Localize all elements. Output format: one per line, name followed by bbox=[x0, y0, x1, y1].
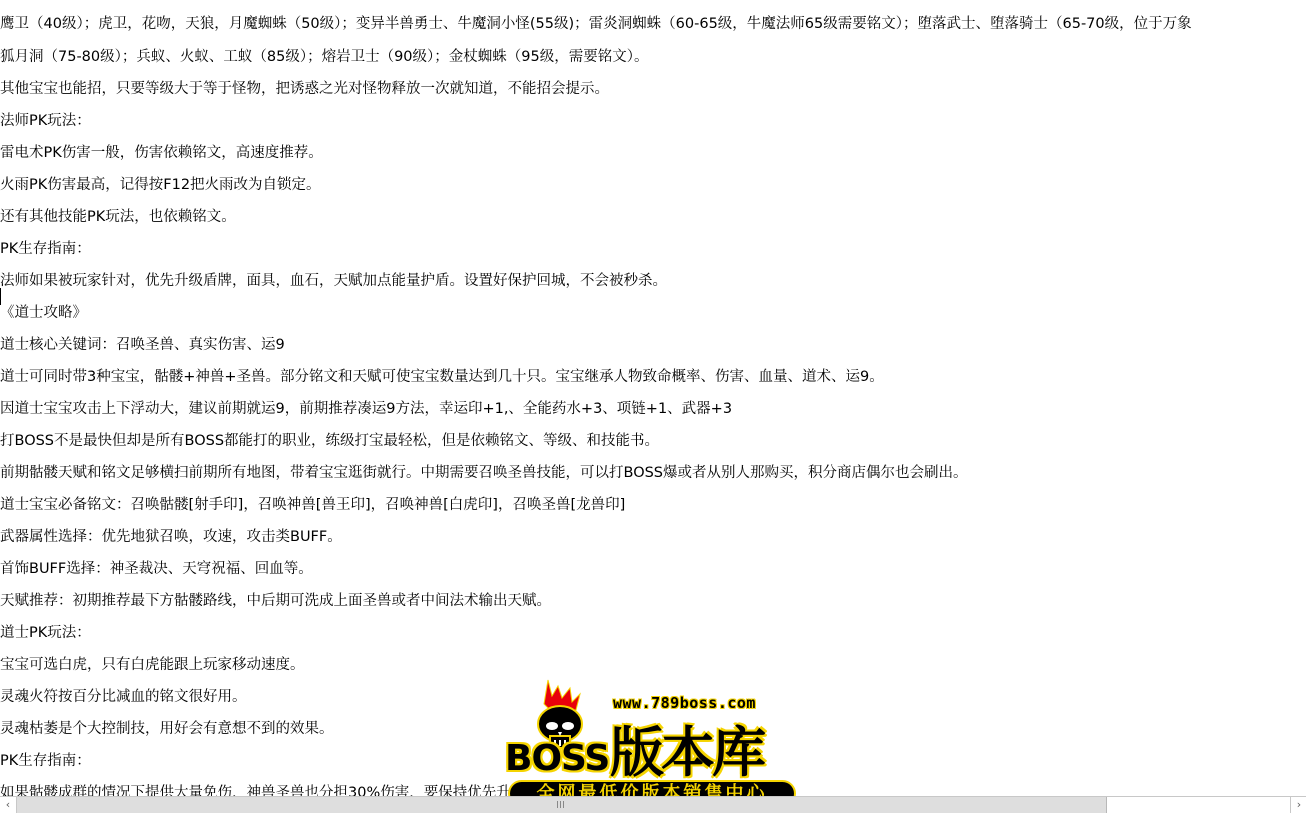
text-line: 天赋推荐：初期推荐最下方骷髅路线，中后期可洗成上面圣兽或者中间法术输出天赋。 bbox=[0, 591, 551, 611]
text-line: 打BOSS不是最快但却是所有BOSS都能打的职业，练级打宝最轻松，但是依赖铭文、… bbox=[0, 431, 659, 451]
horizontal-scrollbar[interactable]: ‹ › bbox=[0, 796, 1306, 813]
grip-icon bbox=[557, 801, 564, 808]
text-line: 首饰BUFF选择：神圣裁决、天穹祝福、回血等。 bbox=[0, 559, 313, 579]
watermark-logo: www.789boss.com BOSS 版本库 全网最低价版本销售中心 bbox=[500, 678, 810, 810]
document-body[interactable]: 鹰卫（40级）；虎卫，花吻，天狼，月魔蜘蛛（50级）；变异半兽勇士、牛魔洞小怪(… bbox=[0, 0, 1306, 796]
scroll-left-button[interactable]: ‹ bbox=[0, 797, 17, 813]
watermark-brand-cn: 版本库 bbox=[610, 710, 763, 787]
text-line: 法师如果被玩家针对，优先升级盾牌，面具，血石，天赋加点能量护盾。设置好保护回城，… bbox=[0, 271, 667, 291]
text-line: 雷电术PK伤害一般，伤害依赖铭文，高速度推荐。 bbox=[0, 143, 323, 163]
scrollbar-thumb[interactable] bbox=[17, 797, 1107, 813]
section-heading: PK生存指南： bbox=[0, 751, 91, 771]
text-line: 其他宝宝也能招，只要等级大于等于怪物，把诱惑之光对怪物释放一次就知道，不能招会提… bbox=[0, 79, 609, 99]
section-heading: 法师PK玩法： bbox=[0, 111, 91, 131]
text-line: 还有其他技能PK玩法，也依赖铭文。 bbox=[0, 207, 236, 227]
text-line: 灵魂火符按百分比减血的铭文很好用。 bbox=[0, 687, 247, 707]
watermark-brand-latin: BOSS bbox=[505, 738, 609, 779]
text-line: 道士核心关键词：召唤圣兽、真实伤害、运9 bbox=[0, 335, 285, 355]
text-line: 道士可同时带3种宝宝，骷髅+神兽+圣兽。部分铭文和天赋可使宝宝数量达到几十只。宝… bbox=[0, 367, 884, 387]
text-line: 前期骷髅天赋和铭文足够横扫前期所有地图，带着宝宝逛街就行。中期需要召唤圣兽技能，… bbox=[0, 463, 968, 483]
text-line: 灵魂枯萎是个大控制技，用好会有意想不到的效果。 bbox=[0, 719, 334, 739]
scroll-right-button[interactable]: › bbox=[1290, 797, 1306, 813]
section-heading: 道士PK玩法： bbox=[0, 623, 91, 643]
text-line: 武器属性选择：优先地狱召唤，攻速，攻击类BUFF。 bbox=[0, 527, 342, 547]
text-line: 宝宝可选白虎，只有白虎能跟上玩家移动速度。 bbox=[0, 655, 305, 675]
text-line: 鹰卫（40级）；虎卫，花吻，天狼，月魔蜘蛛（50级）；变异半兽勇士、牛魔洞小怪(… bbox=[0, 14, 1192, 34]
text-line: 火雨PK伤害最高，记得按F12把火雨改为自锁定。 bbox=[0, 175, 321, 195]
section-title: 《道士攻略》 bbox=[0, 303, 87, 323]
text-line: 狐月洞（75-80级）；兵蚁、火蚁、工蚁（85级）；熔岩卫士（90级）；金杖蜘蛛… bbox=[0, 47, 648, 67]
text-line: 因道士宝宝攻击上下浮动大，建议前期就运9，前期推荐凑运9方法，幸运印+1,、全能… bbox=[0, 399, 732, 419]
text-line: 道士宝宝必备铭文：召唤骷髅[射手印]，召唤神兽[兽王印]，召唤神兽[白虎印]，召… bbox=[0, 495, 625, 515]
section-heading: PK生存指南： bbox=[0, 239, 91, 259]
